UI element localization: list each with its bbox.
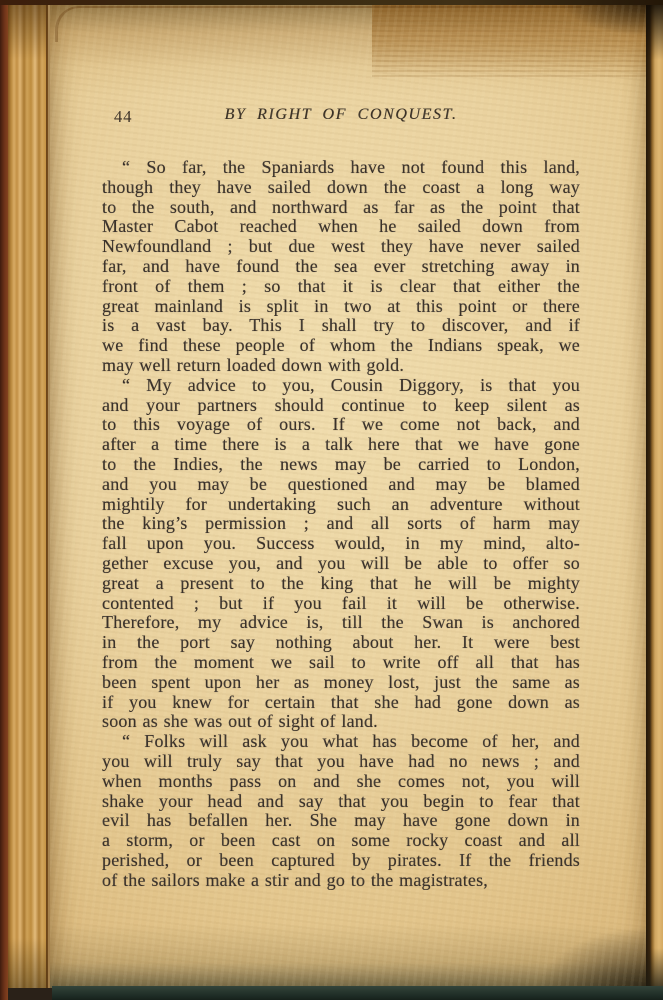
- book-cover-bottom-edge: [52, 986, 663, 1000]
- text-line: if you knew for certain that she had gon…: [102, 693, 580, 713]
- page-shading-bottom: [50, 924, 646, 988]
- text-line: we find these people of whom the Indians…: [102, 336, 580, 356]
- text-line: great a present to the king that he will…: [102, 574, 580, 594]
- text-line: “ My advice to you, Cousin Diggory, is t…: [102, 376, 580, 396]
- text-line: and you may be questioned and may be bla…: [102, 475, 580, 495]
- paragraph: “ Folks will ask you what has become of …: [102, 732, 580, 890]
- text-line: front of them ; so that it is clear that…: [102, 277, 580, 297]
- page-corner-shadow-top-right: [560, 0, 650, 36]
- text-line: fall upon you. Success would, in my mind…: [102, 534, 580, 554]
- text-line: when months pass on and she comes not, y…: [102, 772, 580, 792]
- text-line: a storm, or been cast on some rocky coas…: [102, 831, 580, 851]
- text-line: “ So far, the Spaniards have not found t…: [102, 158, 580, 178]
- text-line: Newfoundland ; but due west they have ne…: [102, 237, 580, 257]
- text-line: great mainland is split in two at this p…: [102, 297, 580, 317]
- text-line: the king’s permission ; and all sorts of…: [102, 514, 580, 534]
- text-line: gether excuse you, and you will be able …: [102, 554, 580, 574]
- photo-top-edge: [0, 0, 663, 5]
- paragraph: “ So far, the Spaniards have not found t…: [102, 158, 580, 376]
- text-line: contented ; but if you fail it will be o…: [102, 594, 580, 614]
- text-line: “ Folks will ask you what has become of …: [102, 732, 580, 752]
- running-title: BY RIGHT OF CONQUEST.: [102, 106, 580, 124]
- scanned-book-photo: 44 BY RIGHT OF CONQUEST. “ So far, the S…: [0, 0, 663, 1000]
- text-line: of the sailors make a stir and go to the…: [102, 871, 580, 891]
- text-line: far, and have found the sea ever stretch…: [102, 257, 580, 277]
- page-header: 44 BY RIGHT OF CONQUEST.: [102, 104, 580, 130]
- text-line: after a time there is a talk here that w…: [102, 435, 580, 455]
- text-line: evil has befallen her. She may have gone…: [102, 811, 580, 831]
- text-line: to the Indies, the news may be carried t…: [102, 455, 580, 475]
- text-line: shake your head and say that you begin t…: [102, 792, 580, 812]
- text-line: from the moment we sail to write off all…: [102, 653, 580, 673]
- text-line: though they have sailed down the coast a…: [102, 178, 580, 198]
- page-shading-top: [50, 0, 646, 96]
- book-binding-edge: [0, 0, 8, 1000]
- page-shading-top-right: [372, 0, 646, 78]
- text-line: may well return loaded down with gold.: [102, 356, 580, 376]
- text-line: soon as she was out of sight of land.: [102, 712, 580, 732]
- page-stack-edges: [8, 0, 48, 988]
- text-line: been spent upon her as money lost, just …: [102, 673, 580, 693]
- text-line: you will truly say that you have had no …: [102, 752, 580, 772]
- text-line: in the port say nothing about her. It we…: [102, 633, 580, 653]
- text-line: is a vast bay. This I shall try to disco…: [102, 316, 580, 336]
- page-curl-edge: [55, 6, 582, 42]
- text-line: to the south, and northward as far as th…: [102, 198, 580, 218]
- text-line: and your partners should continue to kee…: [102, 396, 580, 416]
- text-line: Master Cabot reached when he sailed down…: [102, 217, 580, 237]
- paragraph: “ My advice to you, Cousin Diggory, is t…: [102, 376, 580, 732]
- book-page: 44 BY RIGHT OF CONQUEST. “ So far, the S…: [48, 0, 646, 988]
- next-page-edge: [646, 0, 663, 988]
- text-line: mightily for undertaking such an adventu…: [102, 495, 580, 515]
- text-line: Therefore, my advice is, till the Swan i…: [102, 613, 580, 633]
- page-text-block: “ So far, the Spaniards have not found t…: [102, 158, 580, 890]
- text-line: perished, or been captured by pirates. I…: [102, 851, 580, 871]
- text-line: to this voyage of ours. If we come not b…: [102, 415, 580, 435]
